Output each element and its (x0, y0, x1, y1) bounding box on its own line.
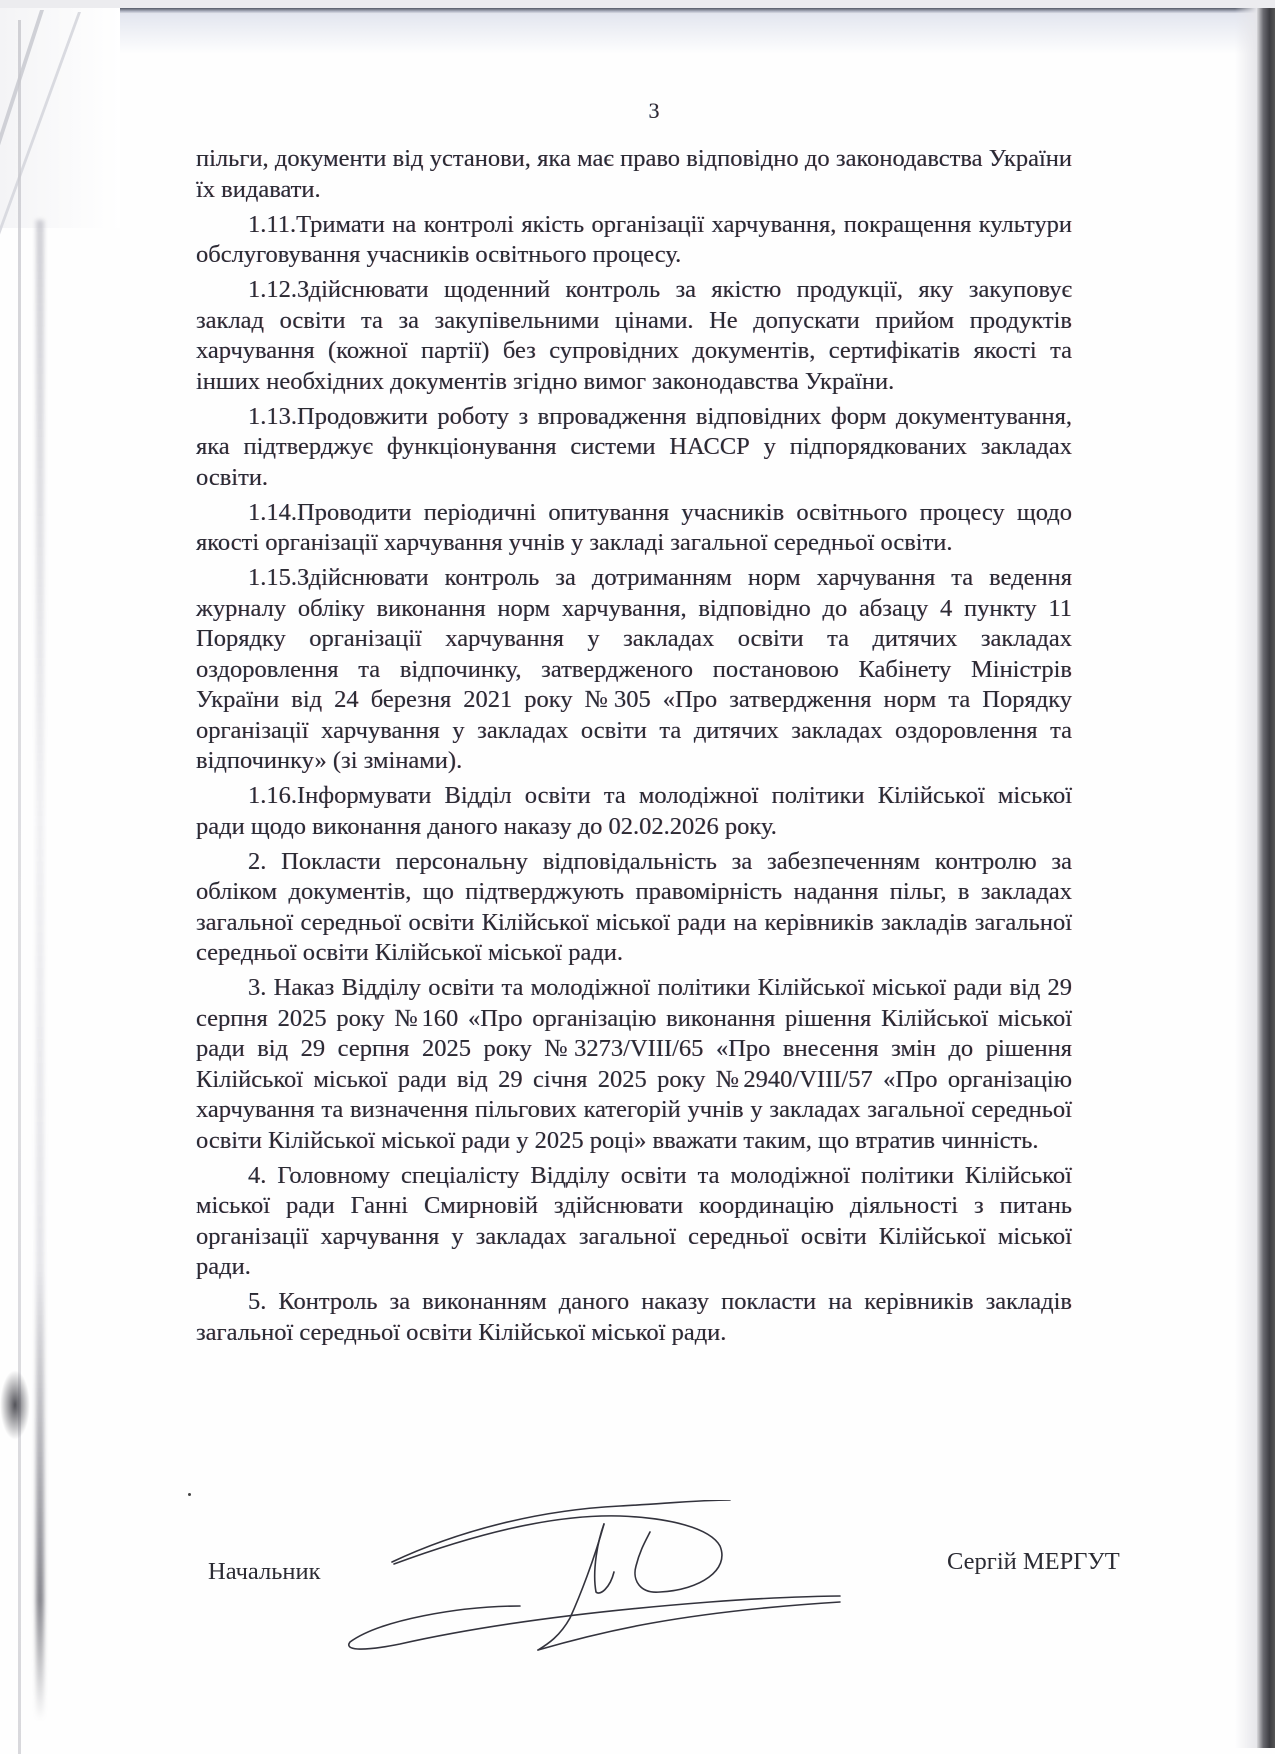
page-number: 3 (236, 96, 1072, 144)
paragraph-1-14: 1.14.Проводити періодичні опитування уча… (196, 498, 1072, 559)
page-top-fade (110, 14, 1260, 54)
paragraph-1-12: 1.12.Здійснювати щоденний контроль за як… (196, 275, 1072, 397)
paragraph-continuation: пільги, документи від установи, яка має … (196, 144, 1072, 205)
paragraph-1-11: 1.11.Тримати на контролі якість організа… (196, 210, 1072, 271)
document-body: 3 пільги, документи від установи, яка ма… (196, 96, 1072, 1353)
signature-block: Начальник Сергій МЕРГУТ (0, 1420, 1275, 1650)
paragraph-1-13: 1.13.Продовжити роботу з впровадження ві… (196, 402, 1072, 494)
paragraph-1-15: 1.15.Здійснювати контроль за дотриманням… (196, 563, 1072, 777)
handwritten-signature-icon (280, 1500, 920, 1660)
paragraph-4: 4. Головному спеціалісту Відділу освіти … (196, 1161, 1072, 1283)
paragraph-1-16: 1.16.Інформувати Відділ освіти та молоді… (196, 781, 1072, 842)
paragraph-5: 5. Контроль за виконанням даного наказу … (196, 1287, 1072, 1348)
signatory-name: Сергій МЕРГУТ (947, 1548, 1120, 1576)
scanned-page: 3 пільги, документи від установи, яка ма… (0, 0, 1275, 1754)
paragraph-3: 3. Наказ Відділу освіти та молодіжної по… (196, 973, 1072, 1156)
paragraph-2: 2. Покласти персональну відповідальність… (196, 847, 1072, 969)
